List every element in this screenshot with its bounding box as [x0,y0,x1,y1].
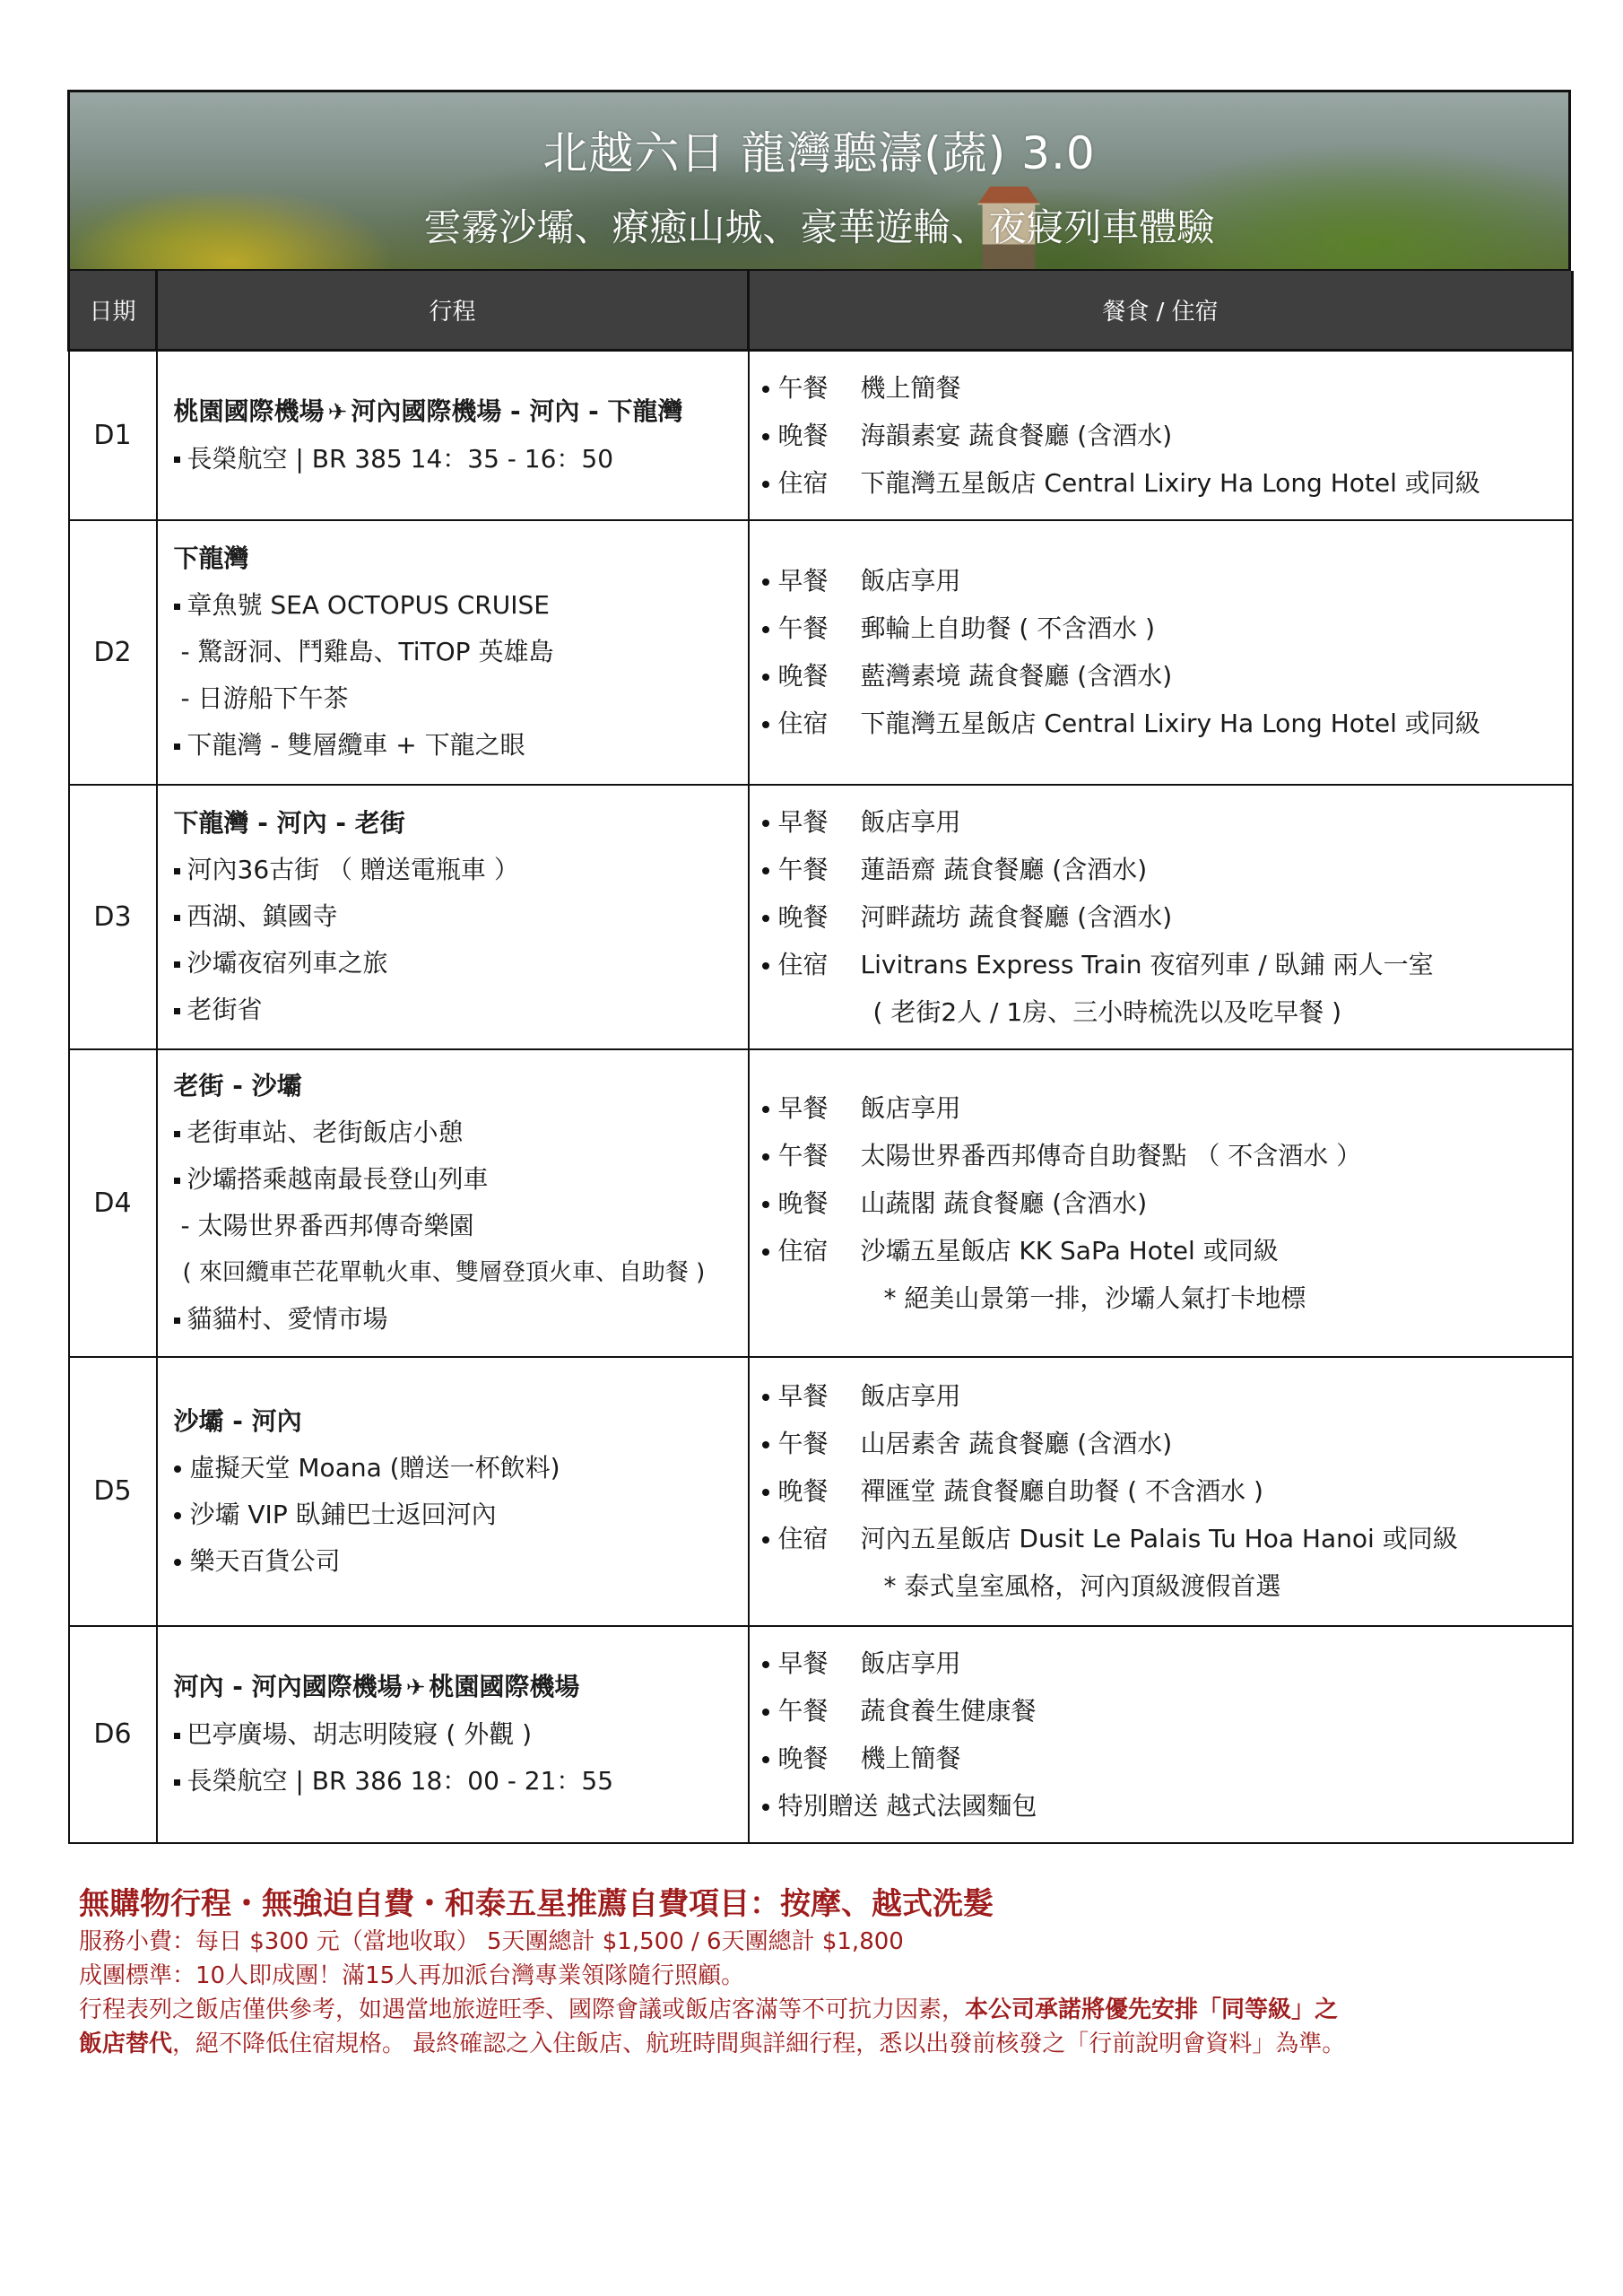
meal-item: 晚餐山蔬閣 蔬食餐廳 (含酒水) [762,1179,1559,1227]
list-item: 西湖、鎮國寺 [174,893,732,940]
day-label: D1 [69,351,157,520]
bullet-icon [762,1709,769,1716]
meal-item: 早餐飯店享用 [762,557,1559,604]
bullet-icon [762,386,769,393]
meal-item: 早餐飯店享用 [762,1639,1559,1687]
table-row-d5: D5 沙壩 - 河內 虛擬天堂 Moana (贈送一杯飲料) 沙壩 VIP 臥鋪… [69,1357,1573,1626]
itinerary-title: 河內 - 河內國際機場✈桃園國際機場 [174,1664,732,1711]
itinerary-cell: 桃園國際機場✈河內國際機場 - 河內 - 下龍灣 長榮航空 | BR 385 1… [157,351,749,520]
meal-item: 晚餐藍灣素境 蔬食餐廳 (含酒水) [762,652,1559,700]
square-bullet-icon [174,1131,180,1137]
square-bullet-icon [174,1008,180,1014]
itinerary-title: 沙壩 - 河內 [174,1398,732,1445]
list-subitem: - 太陽世界番西邦傳奇樂園 [174,1203,732,1249]
square-bullet-icon [174,868,180,874]
list-item: 虛擬天堂 Moana (贈送一杯飲料) [174,1445,732,1492]
bullet-icon [762,1201,769,1208]
day-label: D4 [69,1049,157,1357]
square-bullet-icon [174,1178,180,1184]
bullet-icon [762,1441,769,1448]
square-bullet-icon [174,915,180,921]
meal-item: 晚餐禪匯堂 蔬食餐廳自助餐 ( 不含酒水 ) [762,1467,1559,1515]
meal-item: 午餐蔬食養生健康餐 [762,1687,1559,1735]
list-subitem: - 驚訝洞、鬥雞島、TiTOP 英雄島 [174,629,732,675]
meal-cell: 早餐飯店享用 午餐山居素舍 蔬食餐廳 (含酒水) 晚餐禪匯堂 蔬食餐廳自助餐 (… [749,1357,1573,1626]
itinerary-cell: 老街 - 沙壩 老街車站、老街飯店小憩 沙壩搭乘越南最長登山列車 - 太陽世界番… [157,1049,749,1357]
meal-item: 晚餐海韻素宴 蔬食餐廳 (含酒水) [762,412,1559,459]
itinerary-table: 日期 行程 餐食 / 住宿 D1 桃園國際機場✈河內國際機場 - 河內 - 下龍… [67,271,1574,1844]
bullet-icon [174,1559,181,1566]
bullet-icon [762,1756,769,1763]
meal-cell: 早餐飯店享用 午餐郵輪上自助餐 ( 不含酒水 ) 晚餐藍灣素境 蔬食餐廳 (含酒… [749,520,1573,785]
list-item: 貓貓村、愛情市場 [174,1296,732,1343]
square-bullet-icon [174,457,180,463]
table-row-d3: D3 下龍灣 - 河內 - 老街 河內36古街 （ 贈送電瓶車 ） 西湖、鎮國寺… [69,785,1573,1049]
meal-item: 午餐蓮語齋 蔬食餐廳 (含酒水) [762,846,1559,893]
meal-item: 住宿下龍灣五星飯店 Central Lixiry Ha Long Hotel 或… [762,700,1559,747]
meal-item: 晚餐機上簡餐 [762,1735,1559,1782]
airplane-icon: ✈ [406,1665,426,1711]
day-label: D3 [69,785,157,1049]
table-header-row: 日期 行程 餐食 / 住宿 [69,271,1573,351]
meal-item: 午餐山居素舍 蔬食餐廳 (含酒水) [762,1420,1559,1467]
table-row-d1: D1 桃園國際機場✈河內國際機場 - 河內 - 下龍灣 長榮航空 | BR 38… [69,351,1573,520]
bullet-icon [762,1489,769,1496]
list-item: 樂天百貨公司 [174,1538,732,1585]
itinerary-cell: 下龍灣 章魚號 SEA OCTOPUS CRUISE - 驚訝洞、鬥雞島、TiT… [157,520,749,785]
bullet-icon [762,1536,769,1544]
group-note: 成團標準：10人即成團！滿15人再加派台灣專業領隊隨行照顧。 [79,1959,1567,1993]
list-item: 長榮航空 | BR 385 14：35 - 16：50 [174,436,732,483]
itinerary-cell: 河內 - 河內國際機場✈桃園國際機場 巴亭廣場、胡志明陵寢 ( 外觀 ) 長榮航… [157,1626,749,1843]
meal-item: 午餐機上簡餐 [762,364,1559,412]
list-item: 沙壩夜宿列車之旅 [174,940,732,987]
notes-section: 無購物行程・無強迫自費・和泰五星推薦自費項目：按摩、越式洗髮 服務小費：每日 $… [79,1883,1567,2061]
itinerary-cell: 下龍灣 - 河內 - 老街 河內36古街 （ 贈送電瓶車 ） 西湖、鎮國寺 沙壩… [157,785,749,1049]
meal-note: ( 老街2人 / 1房、三小時梳洗以及吃早餐 ) [762,988,1559,1036]
bullet-icon [762,915,769,922]
meal-item: 住宿Livitrans Express Train 夜宿列車 / 臥鋪 兩人一室 [762,941,1559,988]
bullet-icon [174,1465,181,1473]
bullet-icon [762,867,769,874]
list-subitem-detail: ( 來回纜車芒花單軌火車、雙層登頂火車、自助餐 ) [174,1249,732,1296]
itinerary-cell: 沙壩 - 河內 虛擬天堂 Moana (贈送一杯飲料) 沙壩 VIP 臥鋪巴士返… [157,1357,749,1626]
hotel-note-line1: 行程表列之飯店僅供參考，如遇當地旅遊旺季、國際會議或飯店客滿等不可抗力因素，本公… [79,1993,1567,2027]
itinerary-title: 下龍灣 [174,535,732,582]
table-row-d6: D6 河內 - 河內國際機場✈桃園國際機場 巴亭廣場、胡志明陵寢 ( 外觀 ) … [69,1626,1573,1843]
bullet-icon [762,820,769,827]
page-title: 北越六日 龍灣聽濤(蔬) 3.0 [70,117,1568,182]
hotel-note-line2: 飯店替代，絕不降低住宿規格。 最終確認之入住飯店、航班時間與詳細行程，悉以出發前… [79,2027,1567,2061]
meal-item: 早餐飯店享用 [762,1084,1559,1132]
airplane-icon: ✈ [328,389,348,436]
bullet-icon [762,1153,769,1161]
list-item: 章魚號 SEA OCTOPUS CRUISE [174,582,732,629]
list-item: 老街車站、老街飯店小憩 [174,1109,732,1156]
itinerary-title: 下龍灣 - 河內 - 老街 [174,800,732,847]
square-bullet-icon [174,604,180,610]
banner: 北越六日 龍灣聽濤(蔬) 3.0 雲霧沙壩、療癒山城、豪華遊輪、夜寢列車體驗 [67,90,1571,271]
bullet-icon [174,1512,181,1519]
meal-cell: 早餐飯店享用 午餐蔬食養生健康餐 晚餐機上簡餐 特別贈送 越式法國麵包 [749,1626,1573,1843]
square-bullet-icon [174,744,180,750]
square-bullet-icon [174,1318,180,1324]
square-bullet-icon [174,1733,180,1739]
header-itinerary: 行程 [157,271,749,351]
bullet-icon [762,578,769,586]
day-label: D2 [69,520,157,785]
itinerary-title: 桃園國際機場✈河內國際機場 - 河內 - 下龍灣 [174,388,732,436]
page-subtitle: 雲霧沙壩、療癒山城、豪華遊輪、夜寢列車體驗 [70,198,1568,252]
itinerary-title: 老街 - 沙壩 [174,1063,732,1109]
meal-item: 住宿河內五星飯店 Dusit Le Palais Tu Hoa Hanoi 或同… [762,1515,1559,1562]
square-bullet-icon [174,961,180,968]
list-item: 沙壩 VIP 臥鋪巴士返回河內 [174,1492,732,1538]
meal-item: 住宿沙壩五星飯店 KK SaPa Hotel 或同級 [762,1227,1559,1274]
meal-note: * 泰式皇室風格，河內頂級渡假首選 [762,1562,1559,1610]
bullet-icon [762,1661,769,1668]
header-meals: 餐食 / 住宿 [749,271,1573,351]
meal-item: 住宿下龍灣五星飯店 Central Lixiry Ha Long Hotel 或… [762,459,1559,507]
list-item: 下龍灣 - 雙層纜車 + 下龍之眼 [174,722,732,769]
bullet-icon [762,433,769,440]
tip-note: 服務小費：每日 $300 元（當地收取） 5天團總計 $1,500 / 6天團總… [79,1925,1567,1959]
meal-item: 特別贈送 越式法國麵包 [762,1782,1559,1830]
bullet-icon [762,1804,769,1811]
bullet-icon [762,1394,769,1401]
bullet-icon [762,962,769,970]
list-item: 長榮航空 | BR 386 18：00 - 21：55 [174,1758,732,1805]
square-bullet-icon [174,1779,180,1786]
bullet-icon [762,1248,769,1256]
itinerary-sheet: 北越六日 龍灣聽濤(蔬) 3.0 雲霧沙壩、療癒山城、豪華遊輪、夜寢列車體驗 日… [67,90,1571,1844]
list-item: 老街省 [174,987,732,1033]
list-item: 河內36古街 （ 贈送電瓶車 ） [174,847,732,893]
meal-item: 早餐飯店享用 [762,1372,1559,1420]
table-row-d2: D2 下龍灣 章魚號 SEA OCTOPUS CRUISE - 驚訝洞、鬥雞島、… [69,520,1573,785]
table-row-d4: D4 老街 - 沙壩 老街車站、老街飯店小憩 沙壩搭乘越南最長登山列車 - 太陽… [69,1049,1573,1357]
list-item: 巴亭廣場、胡志明陵寢 ( 外觀 ) [174,1711,732,1758]
bullet-icon [762,1106,769,1113]
meal-item: 午餐郵輪上自助餐 ( 不含酒水 ) [762,604,1559,652]
meal-item: 早餐飯店享用 [762,798,1559,846]
list-subitem: - 日游船下午茶 [174,675,732,722]
bullet-icon [762,481,769,488]
notes-headline: 無購物行程・無強迫自費・和泰五星推薦自費項目：按摩、越式洗髮 [79,1883,1567,1925]
meal-item: 晚餐河畔蔬坊 蔬食餐廳 (含酒水) [762,893,1559,941]
list-item: 沙壩搭乘越南最長登山列車 [174,1156,732,1203]
meal-item: 午餐太陽世界番西邦傳奇自助餐點 （ 不含酒水 ） [762,1132,1559,1179]
meal-cell: 午餐機上簡餐 晚餐海韻素宴 蔬食餐廳 (含酒水) 住宿下龍灣五星飯店 Centr… [749,351,1573,520]
meal-note: * 絕美山景第一排，沙壩人氣打卡地標 [762,1274,1559,1322]
bullet-icon [762,626,769,633]
day-label: D6 [69,1626,157,1843]
bullet-icon [762,721,769,728]
meal-cell: 早餐飯店享用 午餐太陽世界番西邦傳奇自助餐點 （ 不含酒水 ） 晚餐山蔬閣 蔬食… [749,1049,1573,1357]
day-label: D5 [69,1357,157,1626]
header-date: 日期 [69,271,157,351]
meal-cell: 早餐飯店享用 午餐蓮語齋 蔬食餐廳 (含酒水) 晚餐河畔蔬坊 蔬食餐廳 (含酒水… [749,785,1573,1049]
bullet-icon [762,674,769,681]
